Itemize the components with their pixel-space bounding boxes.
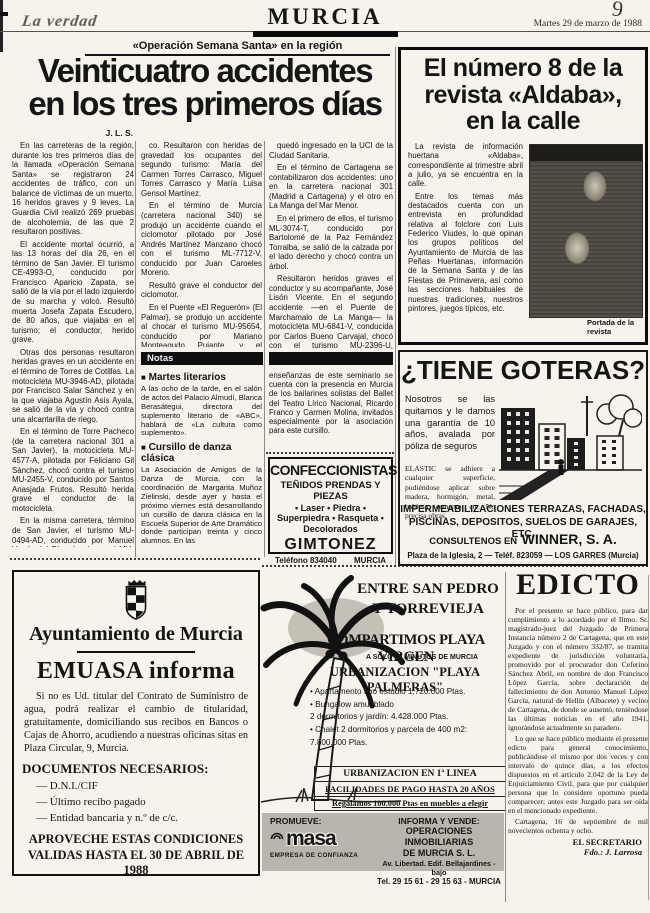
goteras-consult-prefix: CONSULTENOS EN — [429, 536, 517, 547]
edicto-notice: EDICTO Por el presente se hace público, … — [508, 568, 648, 910]
section-title: MURCIA — [230, 4, 420, 30]
notas-continuation: enseñanzas de este seminario se cuenta c… — [269, 371, 393, 450]
gimtonez-phone: Teléfono 834040 — [275, 556, 337, 565]
dashed-divider — [266, 452, 394, 454]
lead-column-1: En las carreteras de la región, durante … — [12, 141, 134, 547]
notas-header-bar: Notas — [141, 352, 263, 365]
emuasa-doc-item: — D.N.I./CIF — [36, 779, 258, 795]
column-divider — [264, 141, 265, 557]
dashed-divider — [10, 558, 260, 560]
gimtonez-brand: GIMTONEZ — [270, 536, 391, 554]
seller-name-line1: OPERACIONES INMOBILIARIAS — [374, 826, 504, 848]
edicto-signature: EL SECRETARIO Fdo.: J. Larrosa — [508, 837, 648, 857]
lead-headline: Veinticuatro accidentesen los tres prime… — [8, 55, 402, 120]
aldaba-headline: El número 8 de larevista «Aldaba»,en la … — [405, 55, 641, 135]
body-paragraph: Resultaron heridos graves el conductor y… — [269, 274, 393, 349]
notas-section: ■ Martes literarios A las ocho de la tar… — [141, 368, 262, 550]
emuasa-footer-line2: VALIDAS HASTA EL 30 DE ABRIL DE 1988 — [14, 848, 258, 879]
gimtonez-ad: CONFECCIONISTAS TEÑIDOS PRENDAS Y PIEZAS… — [268, 457, 393, 554]
emuasa-footer-line1: APROVECHE ESTAS CONDICIONES — [14, 832, 258, 848]
emuasa-title: EMUASA informa — [14, 658, 258, 685]
aldaba-headline-line1: El número 8 de la — [424, 54, 623, 82]
body-paragraph: En el primero de ellos, el turismo ML-30… — [269, 214, 393, 271]
murcia-crest-icon — [121, 579, 151, 621]
emuasa-docs-title: DOCUMENTOS NECESARIOS: — [22, 761, 258, 777]
body-paragraph: En el término de Torre Pacheco (de la ca… — [12, 427, 134, 513]
offer-item: 2 dormitorios y jardín: 4.428.000 Ptas. — [310, 711, 504, 724]
column-divider — [135, 141, 136, 557]
square-bullet-icon: ■ — [141, 373, 146, 382]
aldaba-cover-photo — [529, 144, 643, 318]
scan-edge-artifact — [0, 0, 3, 52]
informa-label: INFORMA Y VENDE: — [374, 816, 504, 826]
masa-swirl-icon — [270, 832, 284, 846]
square-bullet-icon: ■ — [141, 443, 146, 452]
emuasa-body: Si no es Ud. titular del Contrato de Sum… — [24, 690, 248, 755]
body-paragraph: Resultó grave el conductor del ciclomoto… — [141, 281, 262, 300]
nota-title-text: Cursillo de danza clásica — [141, 442, 231, 464]
emuasa-doc-item: — Último recibo pagado — [36, 795, 258, 811]
photo-caption: Portada de la revista — [587, 318, 639, 337]
newspaper-page: La verdad MURCIA Martes 29 de marzo de 1… — [0, 0, 650, 913]
playa-offer-list: • Apartamento tipo estudio 1.720.000 Pta… — [310, 686, 504, 750]
section-underline-bar — [253, 31, 398, 37]
divider-rule — [77, 651, 195, 653]
offer-item: • Chalet 2 dormitorios y parcela de 400 … — [310, 724, 504, 749]
playa-palmeras-ad: ENTRE SAN PEDROY TORREVIEJA COMPARTIMOS … — [262, 570, 504, 905]
scan-edge-mark — [0, 12, 8, 16]
promoter-tagline: EMPRESA DE CONFIANZA — [270, 852, 374, 859]
nota-item-body: La Asociación de Amigos de la Danza de M… — [141, 466, 262, 546]
edicto-paragraph: Por el presente se hace público, para da… — [508, 606, 648, 732]
gimtonez-contact: Teléfono 834040 MURCIA — [270, 556, 391, 565]
lead-headline-line1: Veinticuatro accidentes — [38, 52, 372, 89]
page-edge-rule — [648, 575, 649, 900]
seller-phone: Tel. 29 15 61 - 29 15 63 - MURCIA — [374, 877, 504, 886]
offer-item: • Apartamento tipo estudio 1.720.000 Pta… — [310, 686, 504, 699]
lead-column-3: quedó ingresado en la UCI de la Ciudad S… — [269, 141, 393, 349]
emuasa-org: Ayuntamiento de Murcia — [14, 623, 258, 646]
emuasa-doc-item: — Entidad bancaria y n.º de c/c. — [36, 811, 258, 827]
emuasa-ad: Ayuntamiento de Murcia EMUASA informa Si… — [12, 570, 260, 876]
goteras-consult: CONSULTENOS EN WINNER, S. A. — [400, 531, 646, 549]
signature-name: Fdo.: J. Larrosa — [584, 847, 642, 857]
body-paragraph: quedó ingresado en la UCI de la Ciudad S… — [269, 141, 393, 160]
body-paragraph: En el Puente «El Reguerón» (El Palmar), … — [141, 303, 262, 347]
lead-byline: J. L. S. — [12, 128, 133, 138]
playa-conditions-box: URBANIZACION EN 1ª LINEA FACILIDADES DE … — [314, 766, 506, 811]
gimtonez-subtitle: TEÑIDOS PRENDAS Y PIEZAS — [270, 480, 391, 502]
body-paragraph: Entre los temas más destacados cuenta co… — [408, 192, 523, 313]
masa-logo: masa — [286, 827, 336, 851]
column-divider — [395, 47, 396, 565]
body-paragraph: En el término de Murcia (carretera nacio… — [141, 201, 262, 278]
body-paragraph: La revista de información huertana «Alda… — [408, 142, 523, 189]
playa-box-line3: Regalamos 100.000 Ptas en muebles a eleg… — [315, 796, 505, 810]
playa-headline-line1: ENTRE SAN PEDRO — [357, 581, 499, 597]
edicto-date: Cartagena, 16 de septiembre de mil novec… — [508, 817, 648, 835]
edicto-paragraph: Lo que se hace público mediante el prese… — [508, 734, 648, 815]
aldaba-article: El número 8 de larevista «Aldaba»,en la … — [398, 47, 648, 345]
goteras-ad: ¿TIENE GOTERAS? Nosotros se las quitamos… — [398, 350, 648, 566]
city-buildings-illustration — [499, 390, 642, 500]
aldaba-body: La revista de información huertana «Alda… — [408, 142, 523, 340]
section-divider-bar — [269, 352, 393, 365]
nota-item-title: ■ Martes literarios — [141, 372, 262, 383]
gimtonez-city: MURCIA — [354, 556, 386, 565]
playa-box-line1: URBANIZACION EN 1ª LINEA — [315, 767, 505, 781]
gimtonez-title: CONFECCIONISTAS — [270, 462, 391, 478]
goteras-address: Plaza de la Iglesia, 2 — Teléf. 823059 —… — [400, 551, 646, 560]
goteras-services-line1: IMPERMEABILIZACIONES TERRAZAS, FACHADAS, — [400, 504, 646, 517]
edicto-title: EDICTO — [508, 568, 648, 602]
nota-item-body: A las ocho de la tarde, en el salón de a… — [141, 385, 262, 438]
body-paragraph: co. Resultaron con heridas de gravedad l… — [141, 141, 262, 198]
nota-item-title: ■ Cursillo de danza clásica — [141, 442, 262, 464]
seller-name-line2: DE MURCIA S. L. — [374, 848, 504, 859]
lead-column-2: co. Resultaron con heridas de gravedad l… — [141, 141, 262, 347]
promoter-block: PROMUEVE: masa EMPRESA DE CONFIANZA — [262, 813, 374, 871]
offer-item: • Bungalow amueblado — [310, 699, 504, 712]
goteras-headline: ¿TIENE GOTERAS? — [400, 355, 646, 386]
seller-address: Av. Libertad. Edif. Bellajardines - bajo — [374, 859, 504, 877]
signature-role: EL SECRETARIO — [508, 837, 642, 847]
playa-distance: A SOLO 40 MINUTOS DE MURCIA — [342, 654, 502, 661]
body-paragraph: En el término de Cartagena se contabiliz… — [269, 163, 393, 211]
goteras-lead: Nosotros se las quitamos y le damos una … — [405, 394, 495, 453]
promueve-label: PROMUEVE: — [270, 816, 374, 826]
playa-headline: ENTRE SAN PEDROY TORREVIEJA — [354, 580, 502, 619]
aldaba-headline-line3: en la calle — [466, 107, 580, 135]
body-paragraph: En las carreteras de la región, durante … — [12, 141, 134, 237]
masthead-logo: La verdad — [21, 13, 99, 31]
gimtonez-services: • Laser • Piedra • Superpiedra • Rasquet… — [270, 503, 391, 534]
playa-box-line2: FACILIDADES DE PAGO HASTA 20 AÑOS — [315, 781, 505, 796]
body-paragraph: El accidente mortal ocurrió, a las 13 ho… — [12, 240, 134, 345]
body-paragraph: En la misma carretera, término de San Ja… — [12, 516, 134, 547]
seller-block: INFORMA Y VENDE: OPERACIONES INMOBILIARI… — [374, 813, 504, 871]
goteras-company: WINNER, S. A. — [522, 531, 617, 547]
nota-title-text: Martes literarios — [149, 372, 226, 383]
emuasa-footer: APROVECHE ESTAS CONDICIONES VALIDAS HAST… — [14, 832, 258, 879]
column-divider — [505, 572, 506, 902]
playa-headline-line2: Y TORREVIEJA — [372, 601, 484, 617]
body-paragraph: Otras dos personas resultaron heridas gr… — [12, 348, 134, 425]
playa-footer-band: PROMUEVE: masa EMPRESA DE CONFIANZA INFO… — [262, 813, 504, 871]
aldaba-headline-line2: revista «Aldaba», — [424, 81, 621, 109]
lead-headline-line2: en los tres primeros días — [28, 85, 381, 122]
